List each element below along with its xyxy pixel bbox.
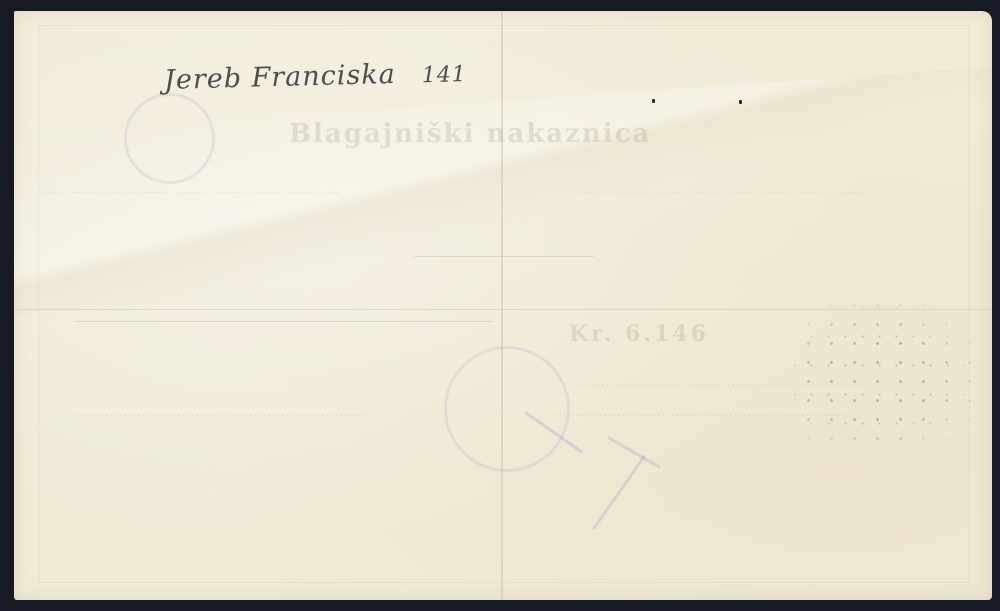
ink-dot [739, 100, 742, 104]
handwritten-number: 141 [421, 62, 467, 88]
handwritten-name-text: Jereb Franciska [164, 59, 396, 96]
bleed-through-line: ........................................… [574, 183, 871, 196]
bleed-through-title: Blagajniški nakaznica [289, 119, 651, 149]
bleed-through-rule [414, 256, 594, 257]
ink-dot [652, 99, 655, 103]
bleed-through-line: ........................................… [44, 183, 341, 196]
bleed-through-line: ........................................… [554, 406, 851, 419]
faded-stamp-center [444, 346, 570, 472]
vertical-fold-line [501, 11, 503, 600]
bleed-through-amount: Kr. 6.146 [569, 321, 709, 347]
bleed-through-line: ........................................… [74, 406, 371, 419]
bleed-through-line: ........................................… [574, 376, 871, 389]
ink-speckles [794, 291, 994, 451]
faded-stamp-top-left [124, 93, 215, 184]
document-paper: Blagajniški nakaznica Kr. 6.146 ........… [14, 11, 992, 600]
bleed-through-rule [74, 321, 494, 322]
